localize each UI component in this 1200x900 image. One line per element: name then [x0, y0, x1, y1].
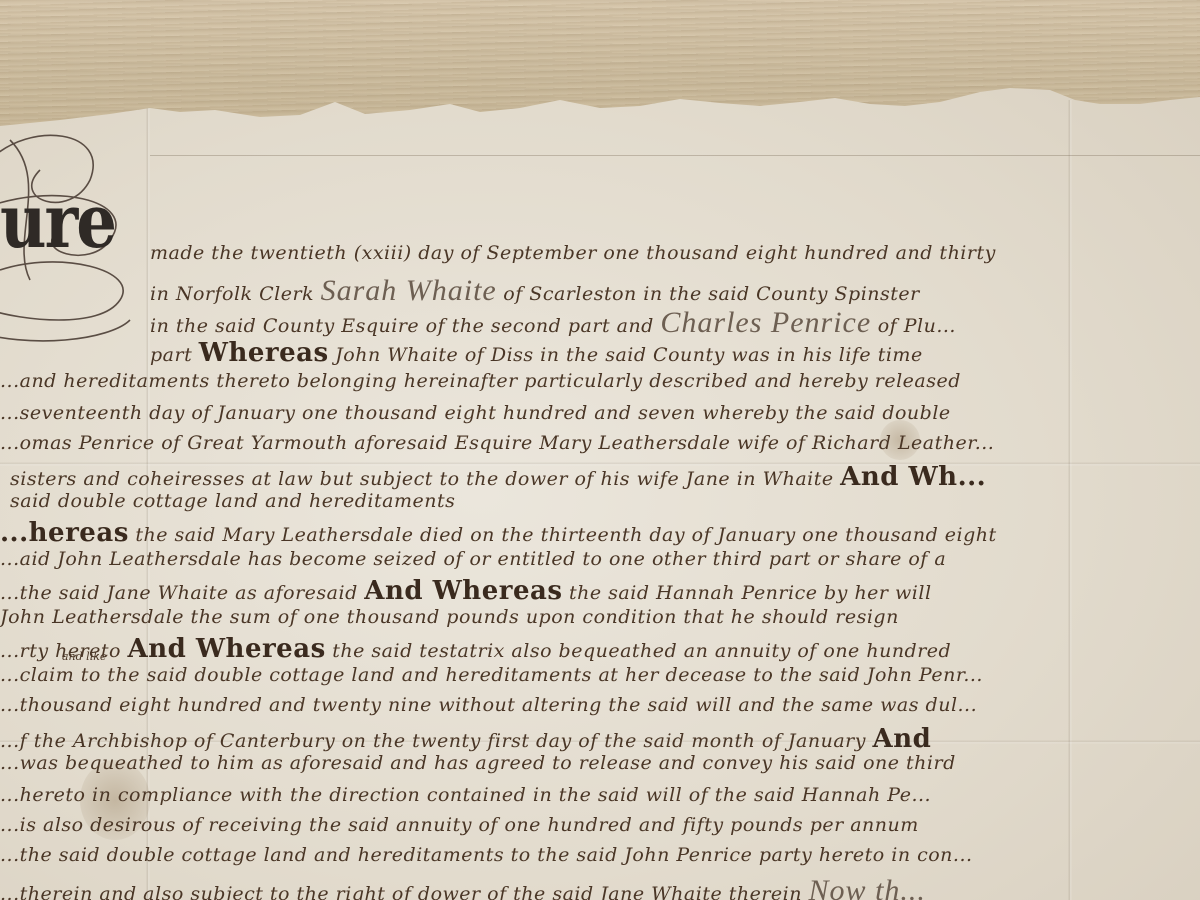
handwritten-line: ...claim to the said double cottage land… — [0, 664, 983, 686]
handwritten-line: ...omas Penrice of Great Yarmouth afores… — [0, 432, 994, 454]
handwritten-line: ...hereas the said Mary Leathersdale die… — [0, 518, 997, 548]
clause-keyword: And Whereas — [128, 634, 326, 664]
handwritten-line: said double cottage land and hereditamen… — [10, 490, 455, 512]
handwritten-line: in Norfolk Clerk Sarah Whaite of Scarles… — [150, 274, 920, 308]
text-segment: the said Mary Leathersdale died on the t… — [129, 524, 997, 546]
text-segment: sisters and coheiresses at law but subje… — [10, 468, 840, 490]
text-segment: made the twentieth (xxiii) day of Septem… — [150, 242, 996, 264]
handwritten-line: ...aid John Leathersdale has become seiz… — [0, 548, 946, 570]
text-segment: in Norfolk Clerk — [150, 283, 321, 305]
text-segment: ...was bequeathed to him as aforesaid an… — [0, 752, 956, 774]
party-name: Now th... — [809, 874, 926, 900]
handwritten-line: ...hereto in compliance with the directi… — [0, 784, 931, 806]
text-segment: part — [150, 344, 199, 366]
ruled-line — [150, 155, 1200, 156]
handwritten-line: ...is also desirous of receiving the sai… — [0, 814, 919, 836]
party-name: Sarah Whaite — [321, 274, 497, 307]
text-segment: ...aid John Leathersdale has become seiz… — [0, 548, 946, 570]
clause-keyword: And Wh... — [840, 462, 986, 492]
text-segment: ...therein and also subject to the right… — [0, 883, 809, 900]
handwritten-line: ...rty hereto And Whereas the said testa… — [0, 634, 951, 664]
text-segment: ...f the Archbishop of Canterbury on the… — [0, 730, 873, 752]
party-name: Charles Penrice — [660, 306, 871, 339]
handwritten-line: made the twentieth (xxiii) day of Septem… — [150, 242, 996, 264]
text-segment: ...claim to the said double cottage land… — [0, 664, 983, 686]
text-segment: of Plu... — [871, 315, 956, 337]
handwritten-line: John Leathersdale the sum of one thousan… — [0, 606, 899, 628]
interlineation-note: and like — [62, 650, 106, 663]
text-segment: ...omas Penrice of Great Yarmouth afores… — [0, 432, 994, 454]
clause-keyword: And Whereas — [364, 576, 562, 606]
handwritten-line: part Whereas John Whaite of Diss in the … — [150, 338, 923, 368]
text-segment: ...thousand eight hundred and twenty nin… — [0, 694, 977, 716]
text-segment: of Scarleston in the said County Spinste… — [497, 283, 920, 305]
handwritten-line: ...the said Jane Whaite as aforesaid And… — [0, 576, 932, 606]
text-segment: the said testatrix also bequeathed an an… — [326, 640, 951, 662]
text-segment: ...and hereditaments thereto belonging h… — [0, 370, 961, 392]
text-segment: the said Hannah Penrice by her will — [562, 582, 931, 604]
clause-keyword: ...hereas — [0, 518, 129, 548]
handwritten-line: ...seventeenth day of January one thousa… — [0, 402, 951, 424]
handwritten-line: ...thousand eight hundred and twenty nin… — [0, 694, 977, 716]
handwritten-line: ...and hereditaments thereto belonging h… — [0, 370, 961, 392]
handwritten-line: sisters and coheiresses at law but subje… — [10, 462, 986, 492]
handwritten-line: ...was bequeathed to him as aforesaid an… — [0, 752, 956, 774]
text-segment: ...seventeenth day of January one thousa… — [0, 402, 951, 424]
text-segment: John Leathersdale the sum of one thousan… — [0, 606, 899, 628]
text-segment: ...the said Jane Whaite as aforesaid — [0, 582, 364, 604]
handwritten-line: ...the said double cottage land and here… — [0, 844, 973, 866]
clause-keyword: And — [873, 724, 932, 754]
text-segment: ...the said double cottage land and here… — [0, 844, 973, 866]
text-segment: ...hereto in compliance with the directi… — [0, 784, 931, 806]
handwritten-line: ...therein and also subject to the right… — [0, 874, 926, 900]
parchment-document: ure made the twentieth (xxiii) day of Se… — [0, 0, 1200, 900]
text-segment: John Whaite of Diss in the said County w… — [329, 344, 923, 366]
text-segment: in the said County Esquire of the second… — [150, 315, 660, 337]
text-segment: said double cottage land and hereditamen… — [10, 490, 455, 512]
handwritten-line: ...f the Archbishop of Canterbury on the… — [0, 724, 931, 754]
fold-crease — [1068, 100, 1072, 900]
clause-keyword: Whereas — [199, 338, 329, 368]
text-segment: ...is also desirous of receiving the sai… — [0, 814, 919, 836]
document-heading: ure — [0, 179, 115, 265]
handwritten-line: in the said County Esquire of the second… — [150, 306, 956, 340]
